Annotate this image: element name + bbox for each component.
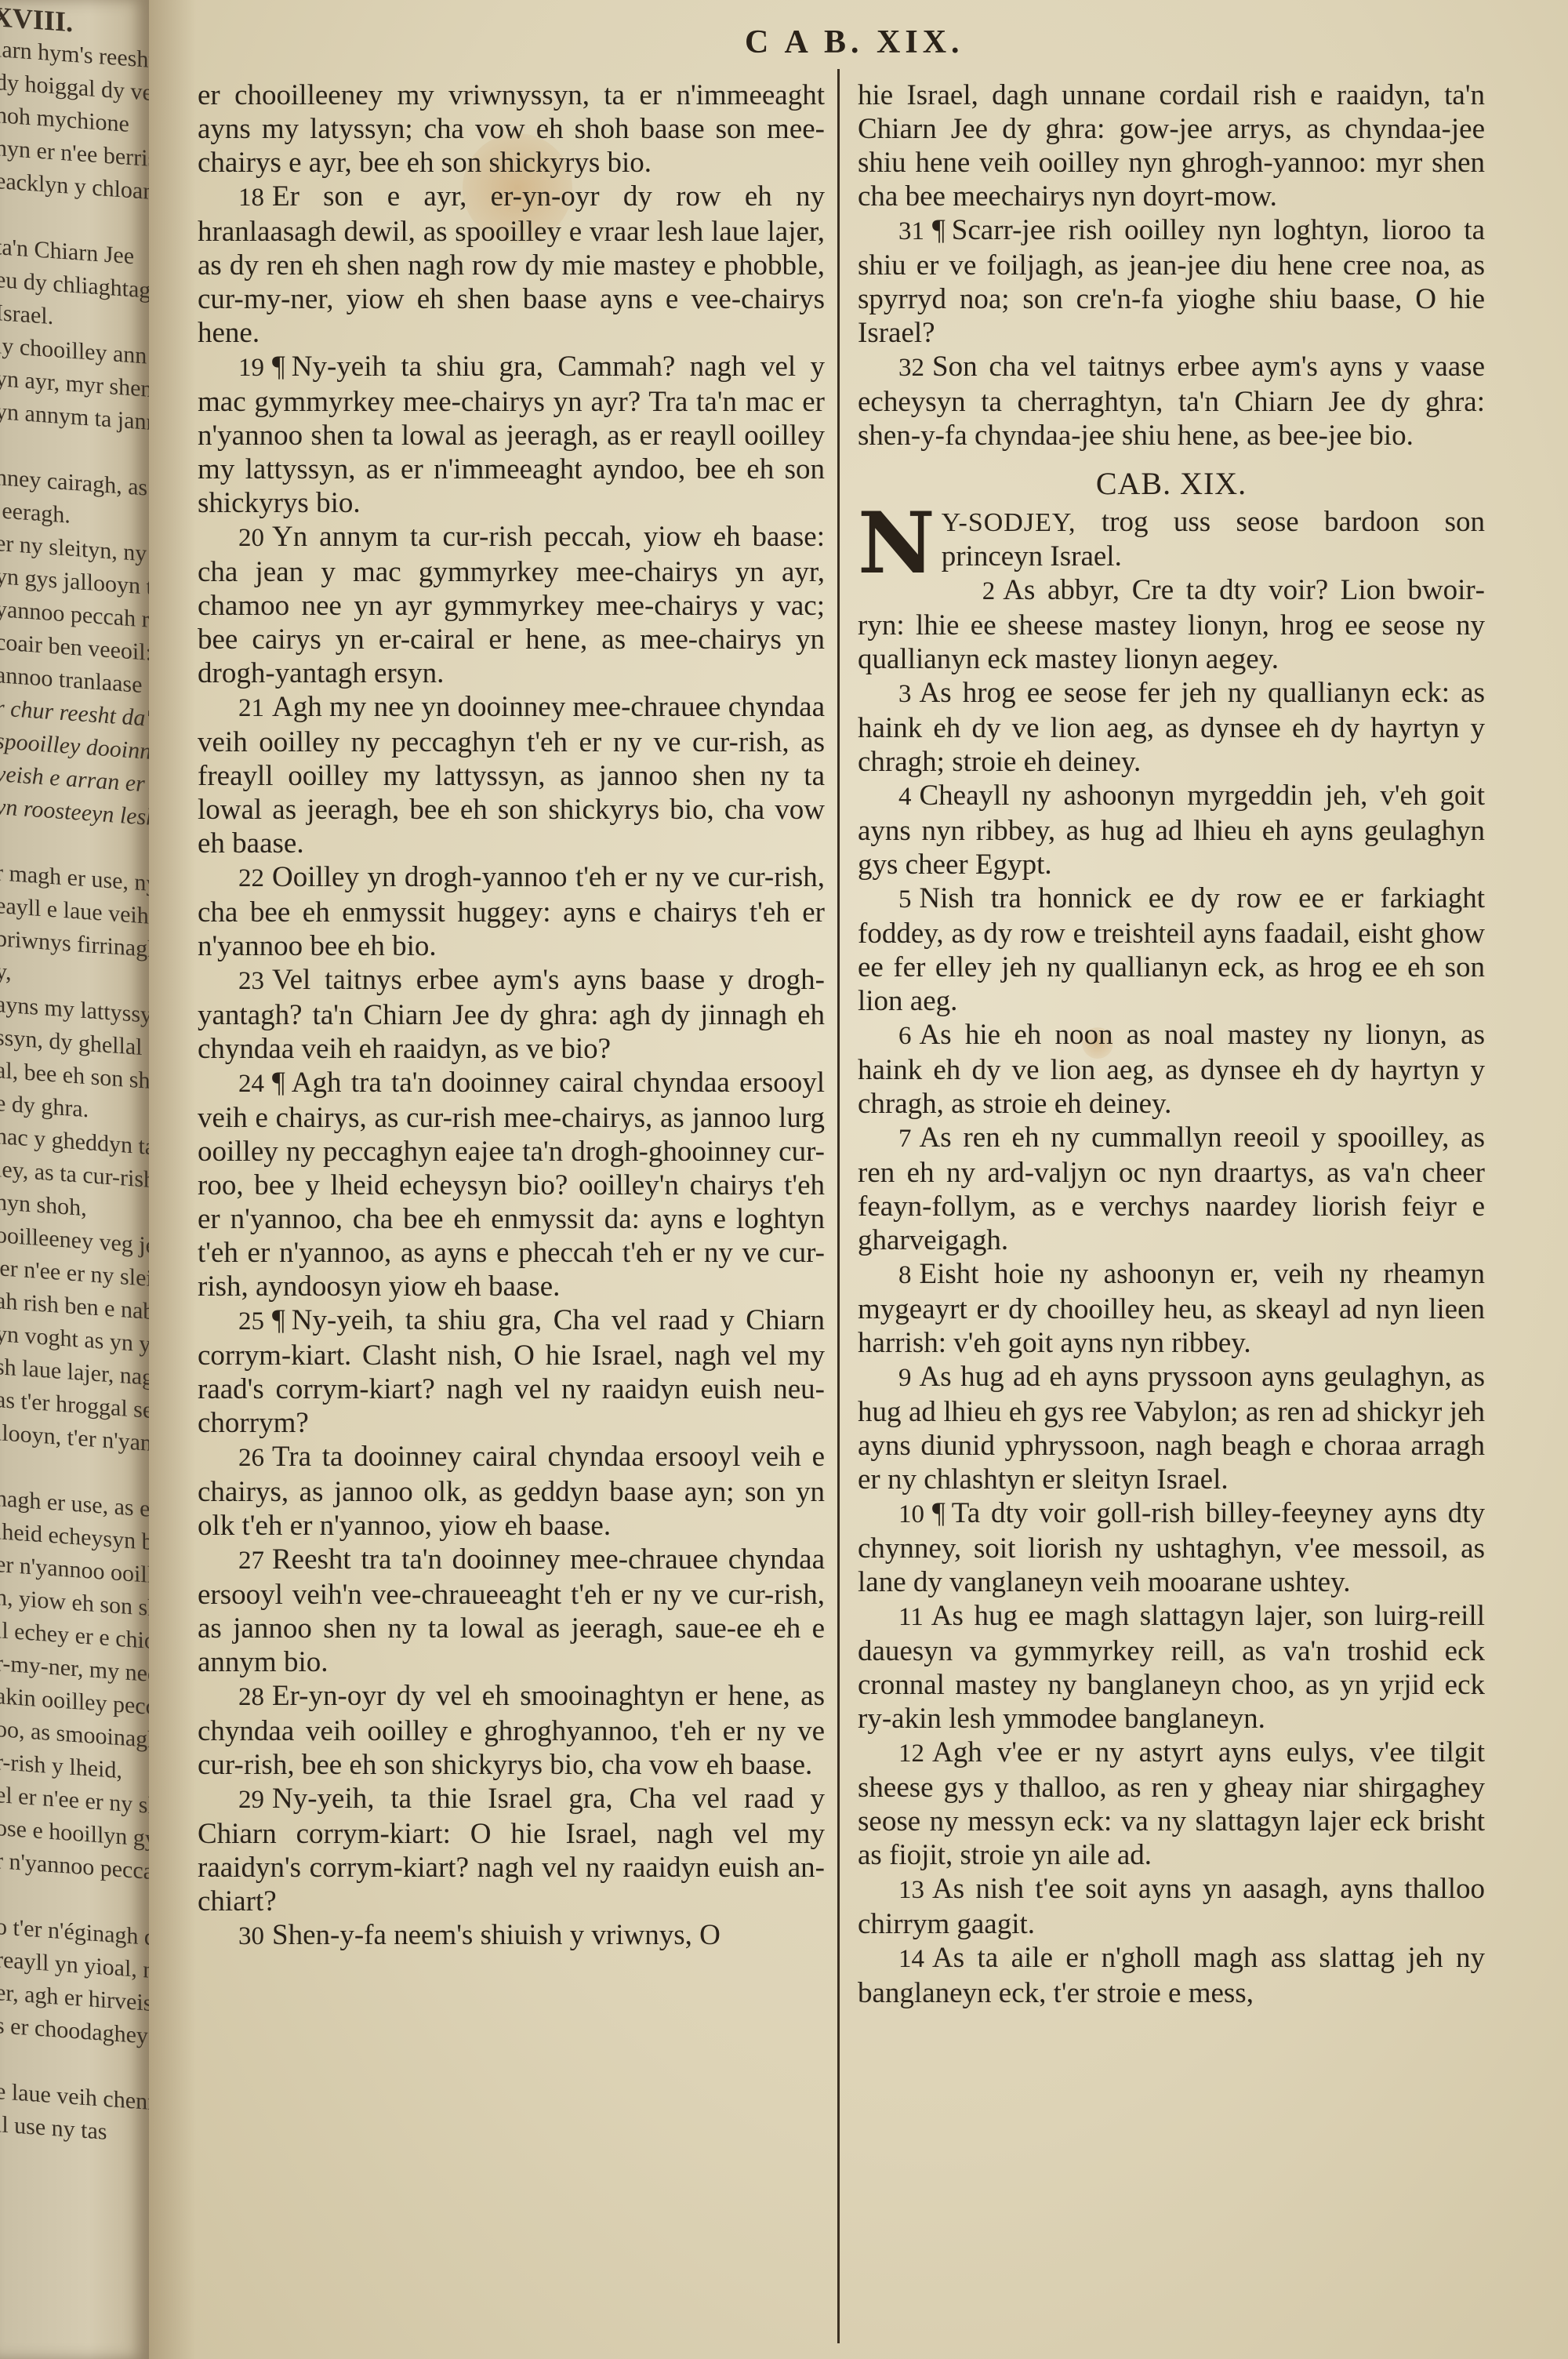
gutter-shadow xyxy=(149,0,196,2359)
verse-text: As hug ee magh slattagyn lajer, son luir… xyxy=(858,1600,1485,1735)
verse-number: 4 xyxy=(898,783,912,811)
verse-number: 10 xyxy=(898,1500,924,1528)
verse-number: 2 xyxy=(982,577,996,605)
verse-text: Yn annym ta cur-rish peccah, yiow eh baa… xyxy=(198,521,825,689)
verse-4: 4Cheayll ny ashoonyn myrgeddin jeh, v'eh… xyxy=(858,779,1485,881)
verse-28: 28Er-yn-oyr dy vel eh smooinaghtyn er he… xyxy=(198,1679,825,1782)
verse-text: Son cha vel taitnys erbee aym's ayns y v… xyxy=(858,351,1485,452)
verse-text: As ta aile er n'gholl magh ass slattag j… xyxy=(858,1942,1485,2009)
verse-text: Scarr-jee rish ooilley nyn loghtyn, lior… xyxy=(858,214,1485,349)
verse-26: 26Tra ta dooinney cairal chyndaa er­sooy… xyxy=(198,1440,825,1543)
verse-text: Agh tra ta'n dooinney cairal chyn­daa er… xyxy=(198,1067,825,1303)
verse-text: Reesht tra ta'n dooinney mee-chrauee chy… xyxy=(198,1543,825,1678)
verse-number: 19 xyxy=(238,354,264,382)
verse-14: 14As ta aile er n'gholl magh ass slattag… xyxy=(858,1941,1485,2010)
verse-lead: Y-SODJEY, xyxy=(942,508,1076,537)
verse-number: 3 xyxy=(898,680,912,708)
verse-number: 26 xyxy=(238,1444,264,1472)
verse-text: Ta dty voir goll-rish billey-feeyney ayn… xyxy=(858,1497,1485,1598)
verse-2: 2As abbyr, Cre ta dty voir? Lion bwoir­r… xyxy=(858,573,1485,676)
running-head: C A B. XIX. xyxy=(745,24,980,61)
verse-number: 24 xyxy=(238,1070,264,1098)
verse-6: 6As hie eh noon as noal mastey ny lionyn… xyxy=(858,1018,1485,1121)
verse-number: 9 xyxy=(898,1364,912,1392)
facing-page-edge: XVIII.iarn hym's reesht,dy hoiggal dy ve… xyxy=(0,0,149,2359)
verse-25: 25¶Ny-yeih, ta shiu gra, Cha vel raad y … xyxy=(198,1303,825,1440)
verse-23: 23Vel taitnys erbee aym's ayns baase y d… xyxy=(198,963,825,1066)
verse-text: Ny-yeih, ta thie Israel gra, Cha vel raa… xyxy=(198,1783,825,1917)
verse-number: 18 xyxy=(238,184,264,212)
verse-number: 14 xyxy=(898,1945,924,1973)
verse-22: 22Ooilley yn drogh-yannoo t'eh er ny ve … xyxy=(198,860,825,963)
verse-11: 11As hug ee magh slattagyn lajer, son lu… xyxy=(858,1599,1485,1736)
verse-text: As nish t'ee soit ayns yn aasagh, ayns t… xyxy=(858,1873,1485,1940)
verse-number: 27 xyxy=(238,1547,264,1575)
verse-30: 30Shen-y-fa neem's shiuish y vriwnys, O xyxy=(198,1918,825,1954)
verse-text: As abbyr, Cre ta dty voir? Lion bwoir­ry… xyxy=(858,574,1485,675)
verse-number: 7 xyxy=(898,1125,912,1153)
verse-number: 13 xyxy=(898,1876,924,1904)
verse-24: 24¶Agh tra ta'n dooinney cairal chyn­daa… xyxy=(198,1066,825,1303)
facing-page-text: XVIII.iarn hym's reesht,dy hoiggal dy ve… xyxy=(0,0,149,2141)
verse-13: 13As nish t'ee soit ayns yn aasagh, ayns… xyxy=(858,1872,1485,1941)
verse-5: 5Nish tra honnick ee dy row ee er far­ki… xyxy=(858,881,1485,1018)
verse-number: 31 xyxy=(898,217,924,245)
verse-number: 5 xyxy=(898,885,912,914)
verse-text: Nish tra honnick ee dy row ee er far­kia… xyxy=(858,882,1485,1017)
verse-text: Agh v'ee er ny astyrt ayns eulys, v'ee t… xyxy=(858,1736,1485,1871)
verse-number: 29 xyxy=(238,1786,264,1814)
pilcrow-icon: ¶ xyxy=(932,1497,946,1529)
verse-text: Vel taitnys erbee aym's ayns baase y dro… xyxy=(198,964,825,1065)
verse-18: 18Er son e ayr, er-yn-oyr dy row eh ny h… xyxy=(198,180,825,350)
verse-text: Agh my nee yn dooinney mee-chrauee chynd… xyxy=(198,691,825,860)
verse-7: 7As ren eh ny cummallyn reeoil y spooil­… xyxy=(858,1121,1485,1257)
verse-1: NY-SODJEY, trog uss seose bardoon son pr… xyxy=(858,505,1485,573)
verse-text: Tra ta dooinney cairal chyndaa er­sooyl … xyxy=(198,1441,825,1542)
verse-text: Ooilley yn drogh-yannoo t'eh er ny ve cu… xyxy=(198,861,825,962)
right-column: hie Israel, dagh unnane cordail rish e r… xyxy=(858,78,1485,2010)
verse-27: 27Reesht tra ta'n dooinney mee-chrauee c… xyxy=(198,1543,825,1679)
verse-12: 12Agh v'ee er ny astyrt ayns eulys, v'ee… xyxy=(858,1736,1485,1872)
verse-number: 32 xyxy=(898,354,924,382)
verse-text: Eisht hoie ny ashoonyn er, veih ny rheam… xyxy=(858,1258,1485,1359)
verse-number: 23 xyxy=(238,967,264,995)
verse-text: As hug ad eh ayns pryssoon ayns geu­lagh… xyxy=(858,1361,1485,1496)
verse-19: 19¶Ny-yeih ta shiu gra, Cammah? nagh vel… xyxy=(198,350,825,520)
verse-number: 21 xyxy=(238,694,264,722)
verse-text: Ny-yeih ta shiu gra, Cammah? nagh vel y … xyxy=(198,351,825,519)
verse-text: Er son e ayr, er-yn-oyr dy row eh ny hra… xyxy=(198,180,825,349)
verse-number: 28 xyxy=(238,1683,264,1711)
verse-number: 25 xyxy=(238,1307,264,1336)
verse-32: 32Son cha vel taitnys erbee aym's ayns y… xyxy=(858,350,1485,453)
verse-number: 11 xyxy=(898,1603,924,1631)
verse-10: 10¶Ta dty voir goll-rish billey-feeyney … xyxy=(858,1496,1485,1599)
pilcrow-icon: ¶ xyxy=(272,1067,285,1099)
verse-text: Shen-y-fa neem's shiuish y vriwnys, O xyxy=(272,1919,720,1951)
verse-29: 29Ny-yeih, ta thie Israel gra, Cha vel r… xyxy=(198,1782,825,1918)
verse-continuation: er chooilleeney my vriwnyssyn, ta er n'i… xyxy=(198,78,825,180)
drop-cap: N xyxy=(858,510,935,577)
verse-31: 31¶Scarr-jee rish ooilley nyn loghtyn, l… xyxy=(858,213,1485,350)
verse-9: 9As hug ad eh ayns pryssoon ayns geu­lag… xyxy=(858,1360,1485,1496)
verse-number: 20 xyxy=(238,524,264,552)
verse-number: 6 xyxy=(898,1022,912,1050)
verse-continuation: hie Israel, dagh unnane cordail rish e r… xyxy=(858,78,1485,213)
verse-number: 30 xyxy=(238,1922,264,1950)
verse-text: As hrog ee seose fer jeh ny quallianyn e… xyxy=(858,677,1485,778)
verse-text: As hie eh noon as noal mastey ny lionyn,… xyxy=(858,1019,1485,1120)
pilcrow-icon: ¶ xyxy=(272,351,285,383)
chapter-heading: CAB. XIX. xyxy=(858,467,1485,500)
verse-8: 8Eisht hoie ny ashoonyn er, veih ny rhea… xyxy=(858,1257,1485,1360)
verse-number: 22 xyxy=(238,864,264,892)
verse-text: Er-yn-oyr dy vel eh smooinaghtyn er hene… xyxy=(198,1680,825,1781)
verse-20: 20Yn annym ta cur-rish peccah, yiow eh b… xyxy=(198,520,825,690)
verse-text: As ren eh ny cummallyn reeoil y spooil­l… xyxy=(858,1121,1485,1256)
verse-text: Cheayll ny ashoonyn myrgeddin jeh, v'eh … xyxy=(858,780,1485,881)
verse-3: 3As hrog ee seose fer jeh ny quallianyn … xyxy=(858,676,1485,779)
verse-21: 21Agh my nee yn dooinney mee-chrauee chy… xyxy=(198,690,825,860)
pilcrow-icon: ¶ xyxy=(932,214,946,246)
pilcrow-icon: ¶ xyxy=(272,1304,285,1336)
left-column: er chooilleeney my vriwnyssyn, ta er n'i… xyxy=(198,78,825,1954)
column-rule xyxy=(837,69,840,2343)
verse-number: 12 xyxy=(898,1739,924,1768)
verse-number: 8 xyxy=(898,1261,912,1289)
verse-text: Ny-yeih, ta shiu gra, Cha vel raad y Chi… xyxy=(198,1304,825,1439)
